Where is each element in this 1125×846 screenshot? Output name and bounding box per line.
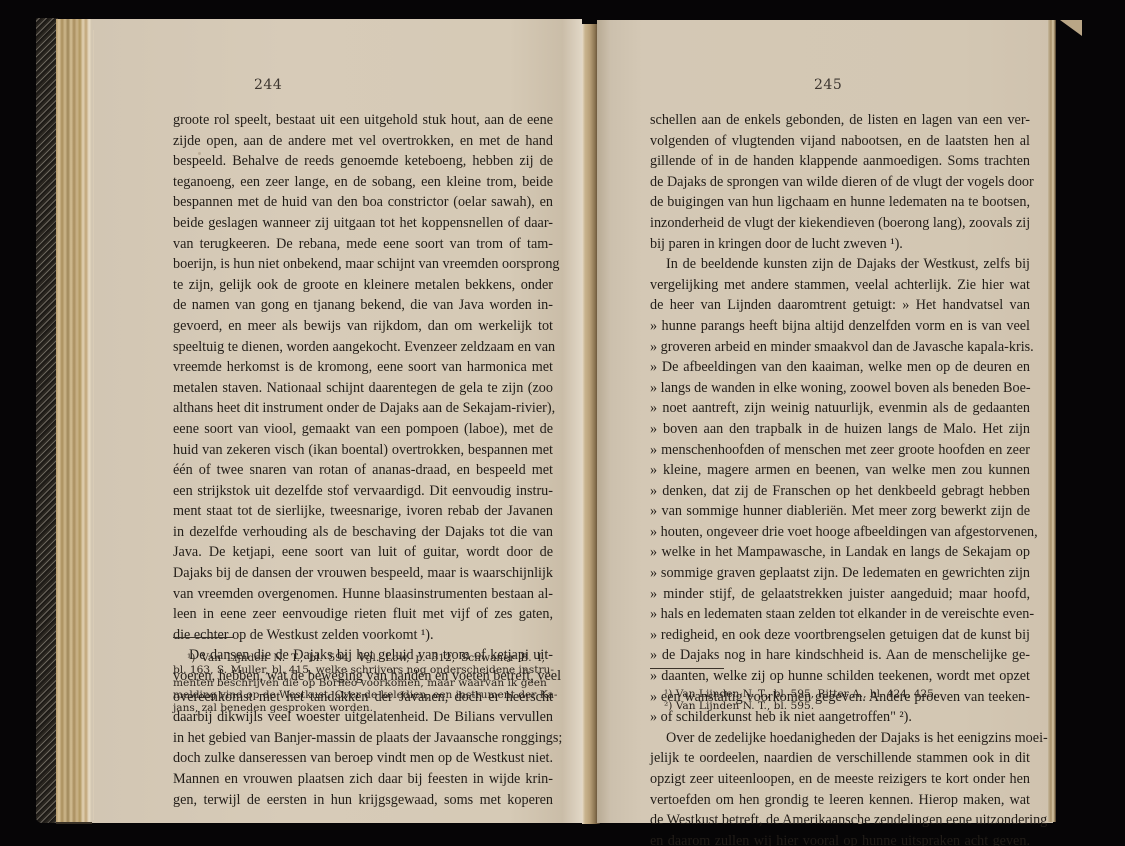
- book-cover-edge: [36, 18, 58, 823]
- quote-line: » sommige graven geplaatst zijn. De lede…: [650, 563, 1030, 584]
- text-line: volgenden of vlugtenden vijand nabootsen…: [650, 131, 1030, 152]
- page-edges-right: [1048, 20, 1056, 822]
- text-line: in dezelfde verhouding als de beschaving…: [173, 522, 553, 543]
- text-line: speeltuig te dienen, worden aangekocht. …: [173, 337, 553, 358]
- quote-line: » daanten, welke zij op hunne schilden t…: [650, 666, 1030, 687]
- text-line: jelijk te oordeelen, naardien de verschi…: [650, 748, 1030, 769]
- quote-line: » minder stijf, de gelaatstrekken juiste…: [650, 584, 1030, 605]
- text-line: en daarom zullen wij hier vooral op hunn…: [650, 831, 1030, 846]
- text-line: gillende of in de handen klappende aanmo…: [650, 151, 1030, 172]
- text-line: metalen staven. Nationaal schijnt daaren…: [173, 378, 553, 399]
- quote-line: » kleine, magere armen en beenen, van we…: [650, 460, 1030, 481]
- text-line: de heer van Lijnden daaromtrent getuigt:…: [650, 295, 1030, 316]
- text-line: de Dajaks de sprongen van wilde dieren o…: [650, 172, 1030, 193]
- footnote-line: ¹) Van Lijnden N. T., bl. 595, Ritter A.…: [650, 688, 1022, 700]
- book-photograph: 244 245 groote rol speelt, bestaat uit e…: [0, 0, 1125, 846]
- text-line: in het gebied van Banjer-massin de plaat…: [173, 728, 553, 749]
- text-line: eene soort van viool, gemaakt van een po…: [173, 419, 553, 440]
- text-line: inzonderheid de vlugt der kiekendieven (…: [650, 213, 1030, 234]
- text-line: Java. De ketjapi, eene soort van luit of…: [173, 542, 553, 563]
- text-line: gevoerd, en meer als bewijs van rijkdom,…: [173, 316, 553, 337]
- quote-line: » De afbeeldingen van den kaaiman, welke…: [650, 357, 1030, 378]
- page-edge-line: [93, 30, 94, 820]
- text-line: de namen van gong en tjanang bekend, die…: [173, 295, 553, 316]
- quote-line: » denken, dat zij de Franschen op het de…: [650, 481, 1030, 502]
- text-line: ment staat tot de sierlijke, tweesnarige…: [173, 501, 553, 522]
- footnote-line: jans, zal beneden gesproken worden.: [173, 702, 545, 714]
- text-line: beide geslagen wanneer zij uitgaan tot h…: [173, 213, 553, 234]
- page-corner-fold: [1060, 20, 1082, 36]
- text-line: boerijn, is hun niet onbekend, maar schi…: [173, 254, 553, 275]
- quote-line: » menschenhoofden of menschen met zeer g…: [650, 440, 1030, 461]
- page-number-left: 244: [254, 77, 282, 93]
- paper-speck: [198, 152, 201, 155]
- text-line: de Westkust betreft, de Amerikaansche ze…: [650, 810, 1030, 831]
- quote-line: » boven aan den trapbalk in de huizen la…: [650, 419, 1030, 440]
- quote-line: » langs de wanden in elke woning, zoowel…: [650, 378, 1030, 399]
- text-line: bespannen met de huid van den boa constr…: [173, 192, 553, 213]
- text-line: schellen aan de enkels gebonden, de list…: [650, 110, 1030, 131]
- footnote-line: bl. 163, S. Muller, bl. 415, welke schri…: [173, 664, 545, 676]
- text-line: teganoeng, een zeer lange, en de sobang,…: [173, 172, 553, 193]
- text-line: één of twee snaren van rotan of ananas-d…: [173, 460, 553, 481]
- text-line: gen, terwijl de eersten in hun krijgsgew…: [173, 790, 553, 811]
- left-footnotes: ¹) Van Lijnden N. T., bl. 594. Vgl. Low,…: [173, 652, 545, 714]
- text-line: van terugkeeren. De rebana, mede eene so…: [173, 234, 553, 255]
- text-line: die echter op de Westkust zelden voorkom…: [173, 625, 553, 646]
- footnote-line: melding vind op de Westkust. Over de kel…: [173, 689, 545, 701]
- text-line: vreemde herkomst is de kromong, eene soo…: [173, 357, 553, 378]
- footnote-divider: [650, 668, 724, 669]
- page-edges-left: [56, 19, 92, 824]
- text-line: zijde open, aan de andere met vel overtr…: [173, 131, 553, 152]
- footnote-line: ²) Van Lijnden N. T., bl. 595.: [650, 700, 1022, 712]
- quote-line: » noet aantreft, zijn weinig natuurlijk,…: [650, 398, 1030, 419]
- text-line: leen in eene zeer eenvoudige rieten flui…: [173, 604, 553, 625]
- right-page-body: schellen aan de enkels gebonden, de list…: [650, 110, 1030, 846]
- quote-line: » redigheid, en ook deze voortbrengselen…: [650, 625, 1030, 646]
- page-number-right: 245: [814, 77, 842, 93]
- text-line: Over de zedelijke hoedanigheden der Daja…: [650, 728, 1030, 749]
- quote-line: » welke in het Mampawasche, in Landak en…: [650, 542, 1030, 563]
- text-line: te zijn, gelijk ook de groote en kleiner…: [173, 275, 553, 296]
- text-line: bespeeld. Behalve de reeds genoemde kete…: [173, 151, 553, 172]
- text-line: een strijkstok uit dezelfde stof vervaar…: [173, 481, 553, 502]
- text-line: groote rol speelt, bestaat uit een uitge…: [173, 110, 553, 131]
- text-line: vergelijking met andere stammen, veelal …: [650, 275, 1030, 296]
- text-line: Mannen en vrouwen plaatsen zich daar bij…: [173, 769, 553, 790]
- footnote-line: menten beschrijven die op Borneo voorkom…: [173, 677, 545, 689]
- quote-line: » van sommige hunner diableriën. Met mee…: [650, 501, 1030, 522]
- quote-line: » groveren arbeid en minder smaakvol dan…: [650, 337, 1030, 358]
- footnote-line: ¹) Van Lijnden N. T., bl. 594. Vgl. Low,…: [173, 652, 545, 664]
- paper-speck: [858, 822, 862, 824]
- right-footnotes: ¹) Van Lijnden N. T., bl. 595, Ritter A.…: [650, 688, 1022, 713]
- text-line: de buigingen van hun ligchaam en hunne l…: [650, 192, 1030, 213]
- text-line: vertoefden om hen grondig te leeren kenn…: [650, 790, 1030, 811]
- text-line: huid van zekeren visch (ikan boental) ov…: [173, 440, 553, 461]
- quote-line: » houten, ongeveer drie voet hooge afbee…: [650, 522, 1030, 543]
- footnote-divider: [173, 637, 233, 638]
- text-line: Dajaks bij de dansen der vrouwen bespeel…: [173, 563, 553, 584]
- quote-line: » hals en ledematen staan zelden tot elk…: [650, 604, 1030, 625]
- text-line: althans heet dit instrument onder de Daj…: [173, 398, 553, 419]
- text-line: doch zulke danseressen van beroep vindt …: [173, 748, 553, 769]
- text-line: opzigt zeer uiteenloopen, en de meeste r…: [650, 769, 1030, 790]
- quote-line: » hunne parangs heeft bijna altijd denze…: [650, 316, 1030, 337]
- text-line: van vreemden overgenomen. Hunne blaasins…: [173, 584, 553, 605]
- quote-line: » de Dajaks nog in hare kindschheid is. …: [650, 645, 1030, 666]
- text-line: bij paren in kringen door de lucht zweve…: [650, 234, 1030, 255]
- text-line: In de beeldende kunsten zijn de Dajaks d…: [650, 254, 1030, 275]
